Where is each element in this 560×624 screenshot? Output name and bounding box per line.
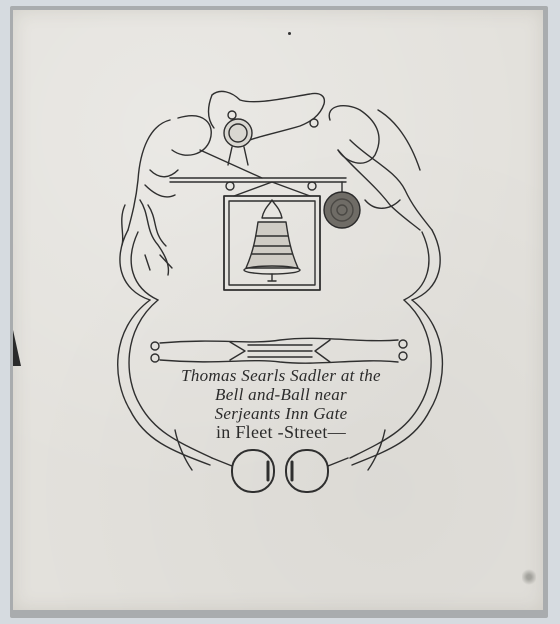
girth-strap-banner — [151, 338, 407, 363]
bell-icon — [244, 200, 300, 281]
ball-icon — [324, 192, 360, 228]
sign-bracket — [170, 178, 346, 196]
inscription-line-3: Serjeants Inn Gate — [150, 404, 412, 423]
inscription-line-2: Bell and-Ball near — [150, 385, 412, 404]
inscription-line-4: in Fleet -Street— — [150, 423, 412, 442]
saddle-icon — [200, 91, 324, 178]
shop-inscription: Thomas Searls Sadler at the Bell and-Bal… — [150, 366, 412, 442]
left-bridle — [122, 116, 211, 275]
inscription-line-1: Thomas Searls Sadler at the — [150, 366, 412, 385]
engraving — [0, 0, 560, 624]
